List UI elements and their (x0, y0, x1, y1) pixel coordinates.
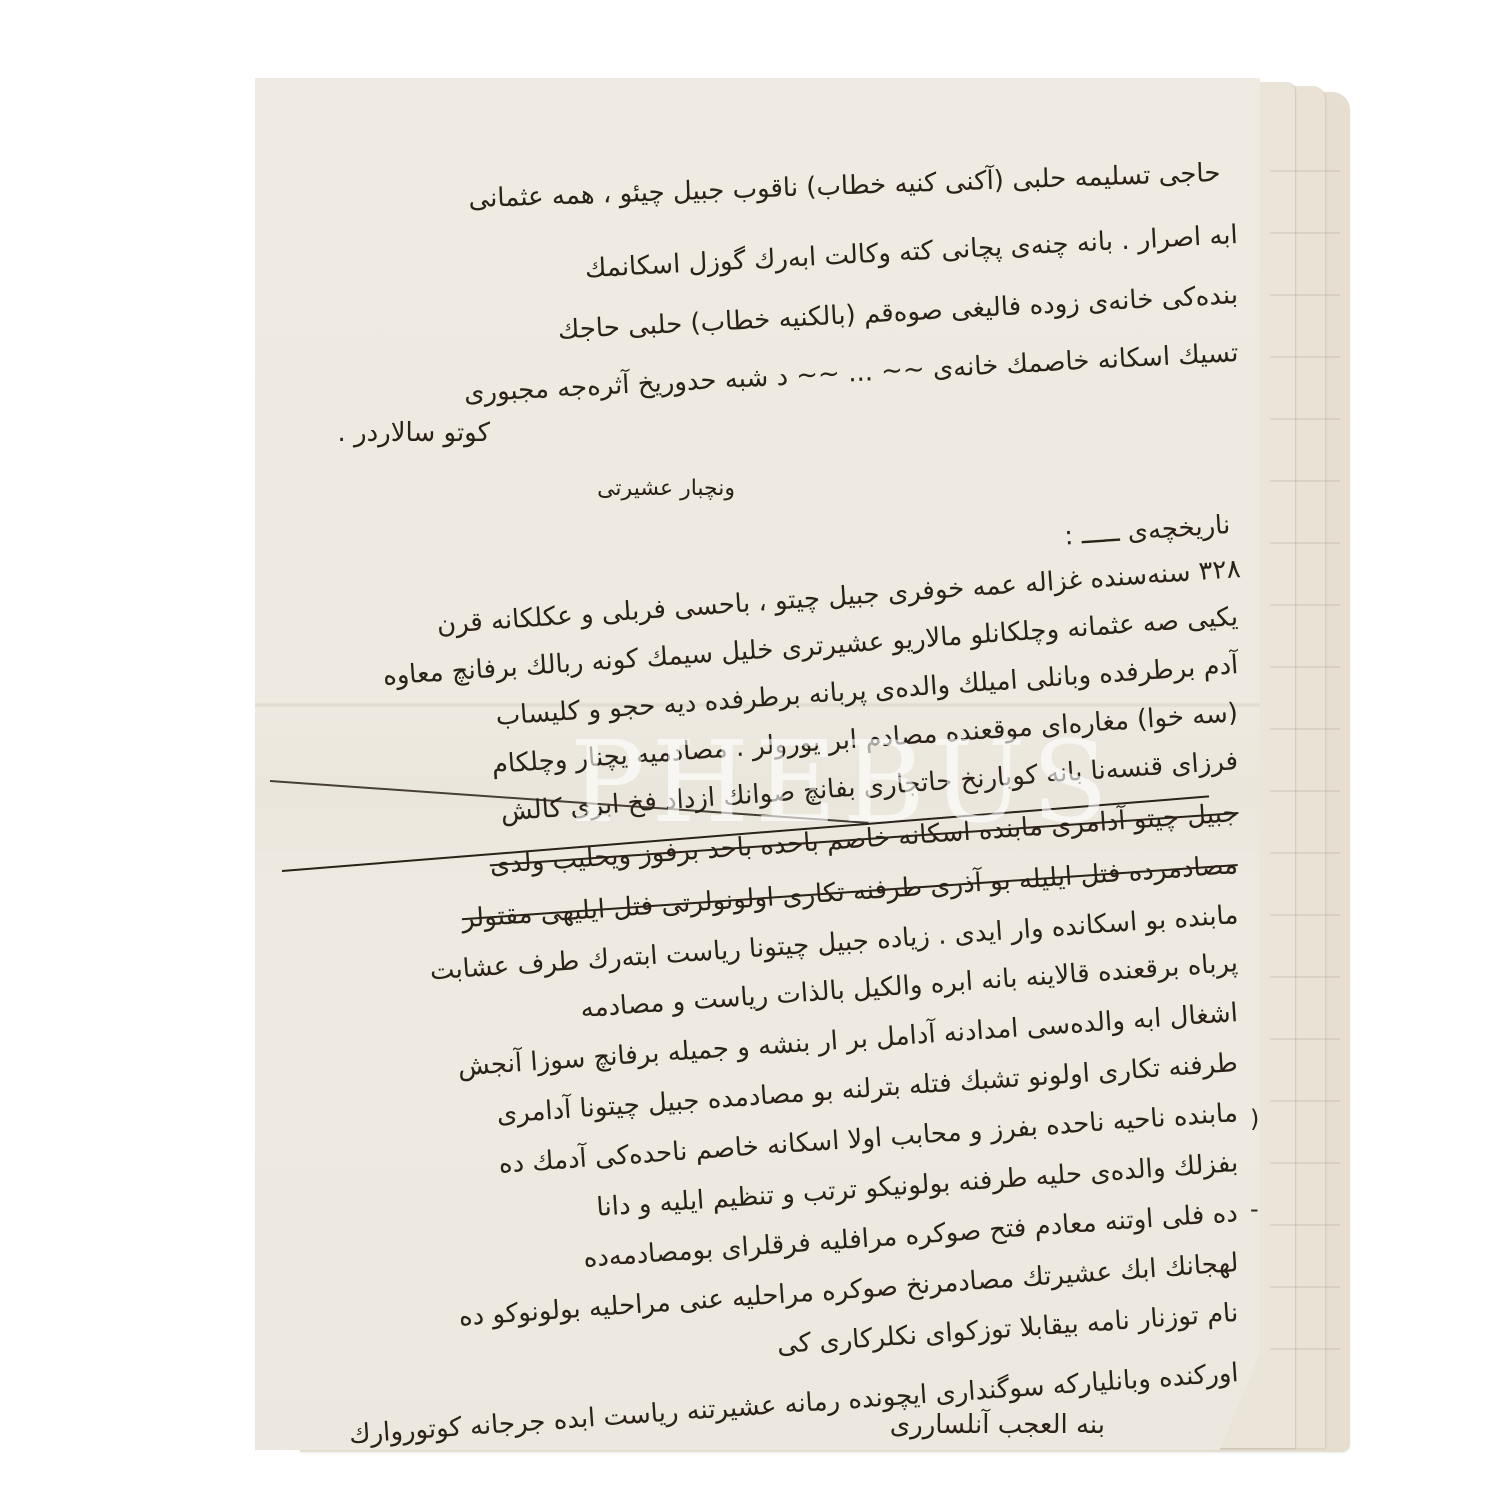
bleed-through-text (1270, 130, 1340, 1380)
section-heading: ونچبار عشیرتی (597, 478, 735, 500)
manuscript-line: کوتو سالاردر . (338, 420, 491, 446)
margin-dash: - (1250, 1195, 1259, 1223)
signature-line: بنه العجب آنلسارری (890, 1412, 1105, 1438)
margin-parenthesis: ) (1250, 1105, 1259, 1133)
